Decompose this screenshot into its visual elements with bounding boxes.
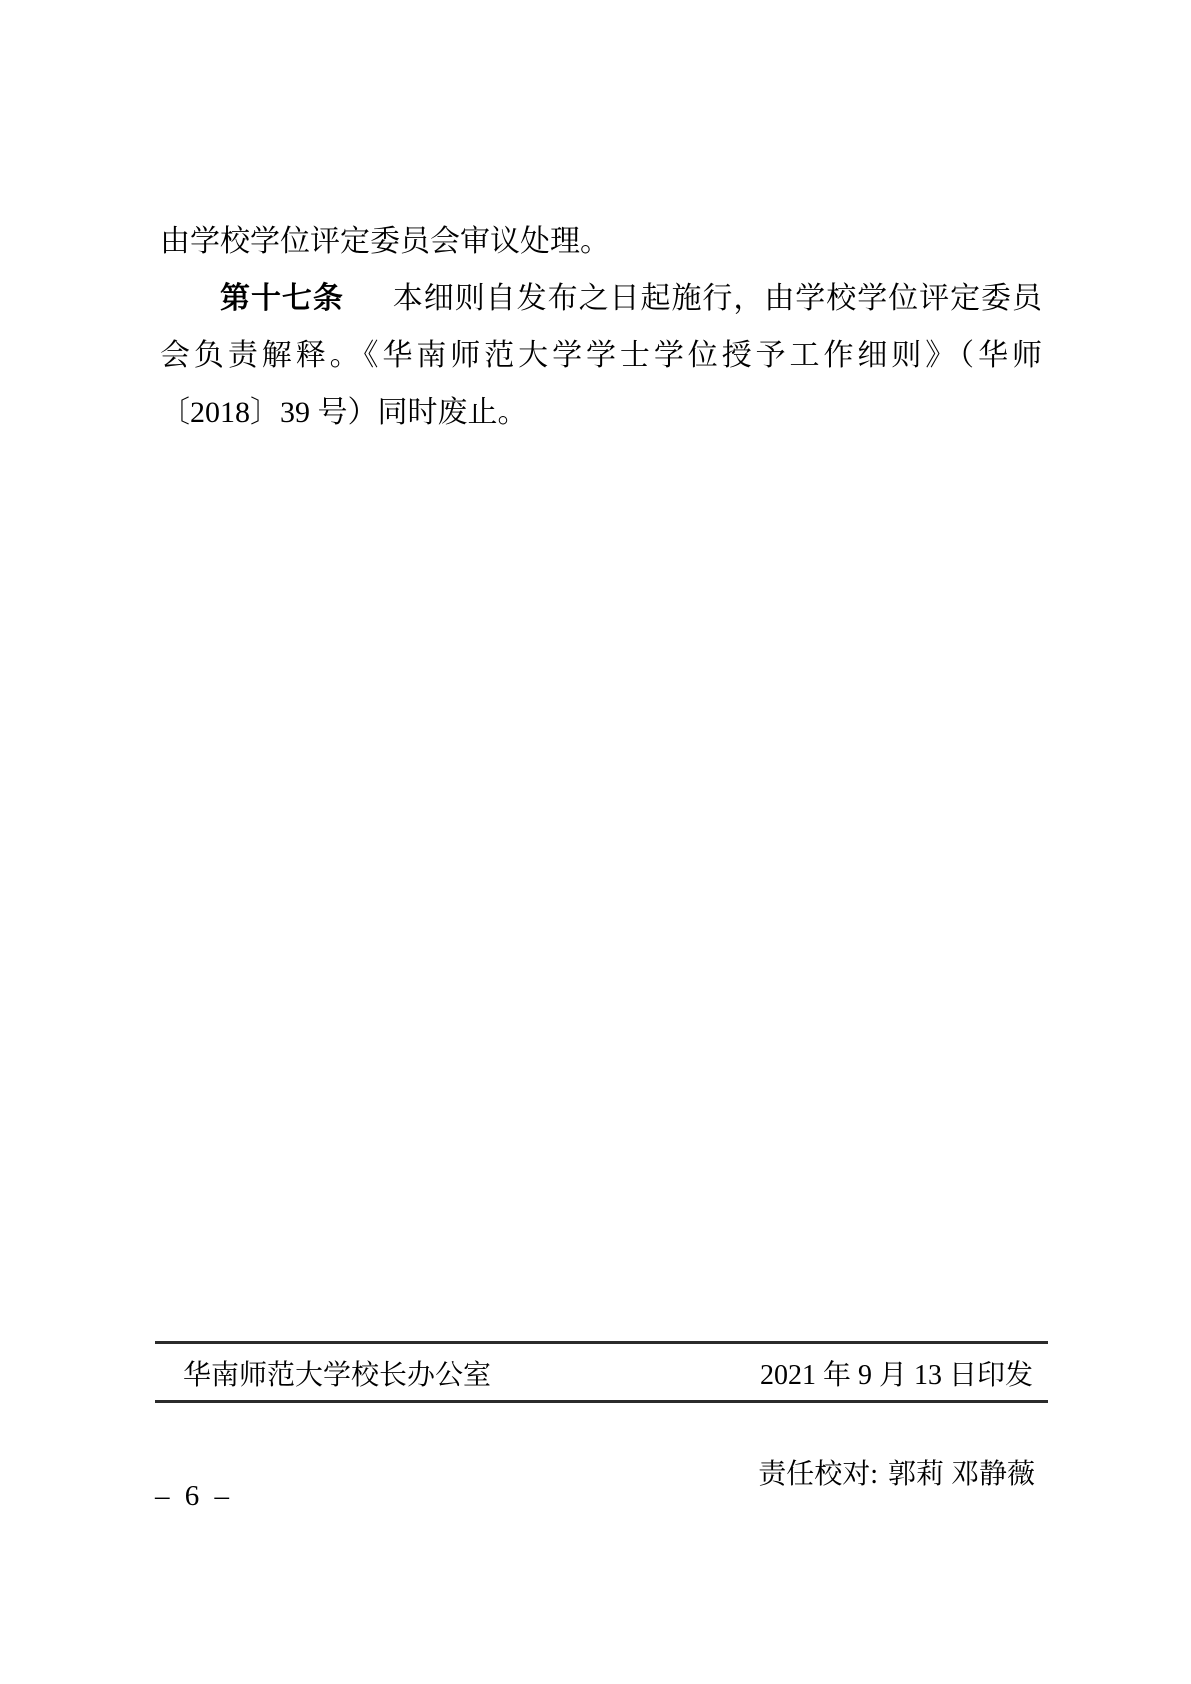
page-number: – 6 – bbox=[155, 1480, 230, 1512]
footer-issuer-row: 华南师范大学校长办公室 2021 年 9 月 13 日印发 bbox=[155, 1344, 1048, 1398]
print-date: 2021 年 9 月 13 日印发 bbox=[760, 1360, 1033, 1392]
proofreader-names: 郭莉 邓静薇 bbox=[888, 1459, 1035, 1490]
paragraph-article-17: 第十七条本细则自发布之日起施行，由学校学位评定委员会负责解释。《华南师范大学学士… bbox=[160, 270, 1042, 441]
proofreader-label: 责任校对: bbox=[758, 1459, 878, 1490]
paragraph-continuation: 由学校学位评定委员会审议处理。 bbox=[160, 213, 1042, 270]
issuing-office: 华南师范大学校长办公室 bbox=[183, 1360, 491, 1392]
document-page: 由学校学位评定委员会审议处理。 第十七条本细则自发布之日起施行，由学校学位评定委… bbox=[0, 0, 1191, 1684]
footer-rule-bottom bbox=[155, 1400, 1048, 1403]
document-body: 由学校学位评定委员会审议处理。 第十七条本细则自发布之日起施行，由学校学位评定委… bbox=[160, 213, 1042, 441]
proofreader-row: 责任校对:郭莉 邓静薇 bbox=[155, 1424, 1035, 1526]
article-number: 第十七条 bbox=[220, 282, 344, 315]
